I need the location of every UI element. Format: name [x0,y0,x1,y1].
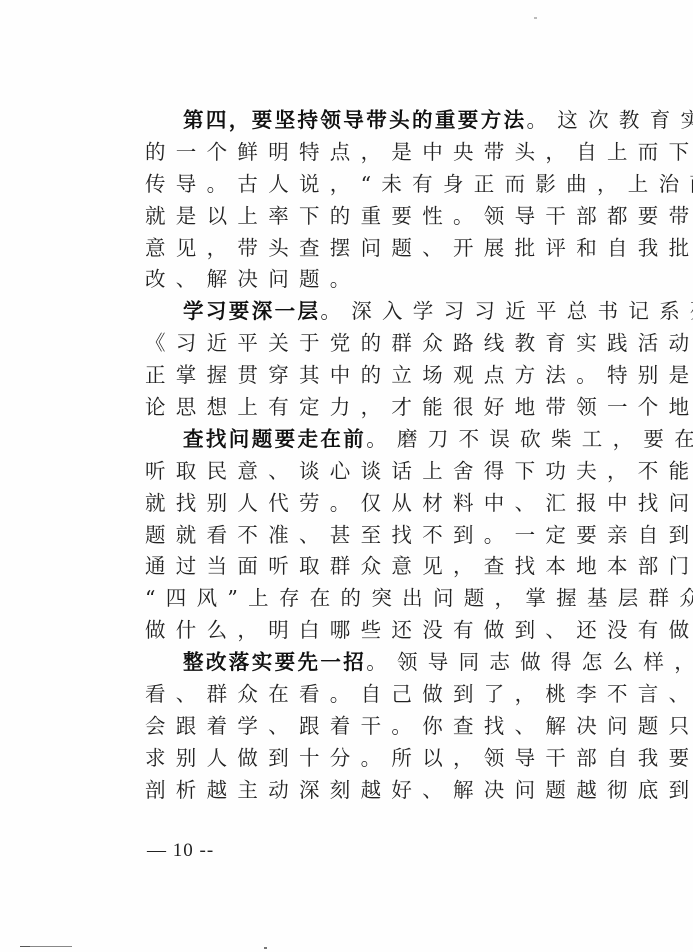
paragraph-line: 听取民意、谈心谈话上舍得下功夫，不能应付，不能因为忙 [145,456,645,488]
body-text: 第四，要坚持领导带头的重要方法。这次教育实践活动 的一个鲜明特点，是中央带头，自… [145,105,645,807]
paragraph-line: 的一个鲜明特点，是中央带头，自上而下，上行下效、层层 [145,137,645,169]
paragraph-line: 第四，要坚持领导带头的重要方法。这次教育实践活动 [145,105,645,137]
paragraph-line: 整改落实要先一招。领导同志做得怎么样，周围干部在 [145,647,645,679]
paragraph-line: 会跟着学、跟着干。你查找、解决问题只有八分，就很难要 [145,711,645,743]
paragraph-line: 题就看不准、甚至找不到。一定要亲自到基层、到实践中， [145,520,645,552]
paragraph-line: 意见，带头查摆问题、开展批评和自我批评，带头落实整 [145,233,645,265]
paragraph-line: “四风”上存在的突出问题，掌握基层群众需要党员、干部 [145,583,645,615]
paragraph-line: 求别人做到十分。所以，领导干部自我要求越严越好、检查 [145,743,645,775]
paragraph-line: 剖析越主动深刻越好、解决问题越彻底到位越好，言出行 [145,775,645,807]
line-text: 。深入学习习近平总书记系列重要讲话、 [320,299,693,323]
paragraph-line: 学习要深一层。深入学习习近平总书记系列重要讲话、 [145,296,645,328]
scan-artifact [30,946,72,947]
paragraph-line: 论思想上有定力，才能很好地带领一个地方、一个部门。 [145,392,645,424]
paragraph-line: 做什么，明白哪些还没有做到、还没有做好。 [145,615,645,647]
paragraph-heading: 第四，要坚持领导带头的重要方法 [183,108,527,132]
page-number: — 10 -- [147,840,214,862]
paragraph-line: 传导。古人说，“未有身正而影曲，上治而下乱者”，说的 [145,169,645,201]
paragraph-heading: 整改落实要先一招 [183,650,366,674]
document-page: 第四，要坚持领导带头的重要方法。这次教育实践活动 的一个鲜明特点，是中央带头，自… [0,0,693,952]
scan-artifact [534,17,537,19]
paragraph-line: 通过当面听取群众意见，查找本地本部门、本班子本人在 [145,551,645,583]
paragraph-line: 正掌握贯穿其中的立场观点方法。特别是一把手，只有在理 [145,360,645,392]
paragraph-line: 就是以上率下的重要性。领导干部都要带头学习理论、听取 [145,201,645,233]
paragraph-line: 就找别人代劳。仅从材料中、汇报中找问题，隔着一层，问 [145,488,645,520]
line-text: 。磨刀不误砍柴工，要在征求意见、 [366,427,693,451]
paragraph-line: 查找问题要走在前。磨刀不误砍柴工，要在征求意见、 [145,424,645,456]
paragraph-line: 看、群众在看。自己做到了，桃李不言、下自成蹊，大家就 [145,679,645,711]
paragraph-line: 《习近平关于党的群众路线教育实践活动论述摘编》等，真 [145,328,645,360]
paragraph-line: 改、解决问题。 [145,264,645,296]
line-text: 。领导同志做得怎么样，周围干部在 [366,650,693,674]
paragraph-heading: 查找问题要走在前 [183,427,366,451]
paragraph-heading: 学习要深一层 [183,299,320,323]
scan-artifact [264,947,267,949]
line-text: 。这次教育实践活动 [527,108,693,132]
